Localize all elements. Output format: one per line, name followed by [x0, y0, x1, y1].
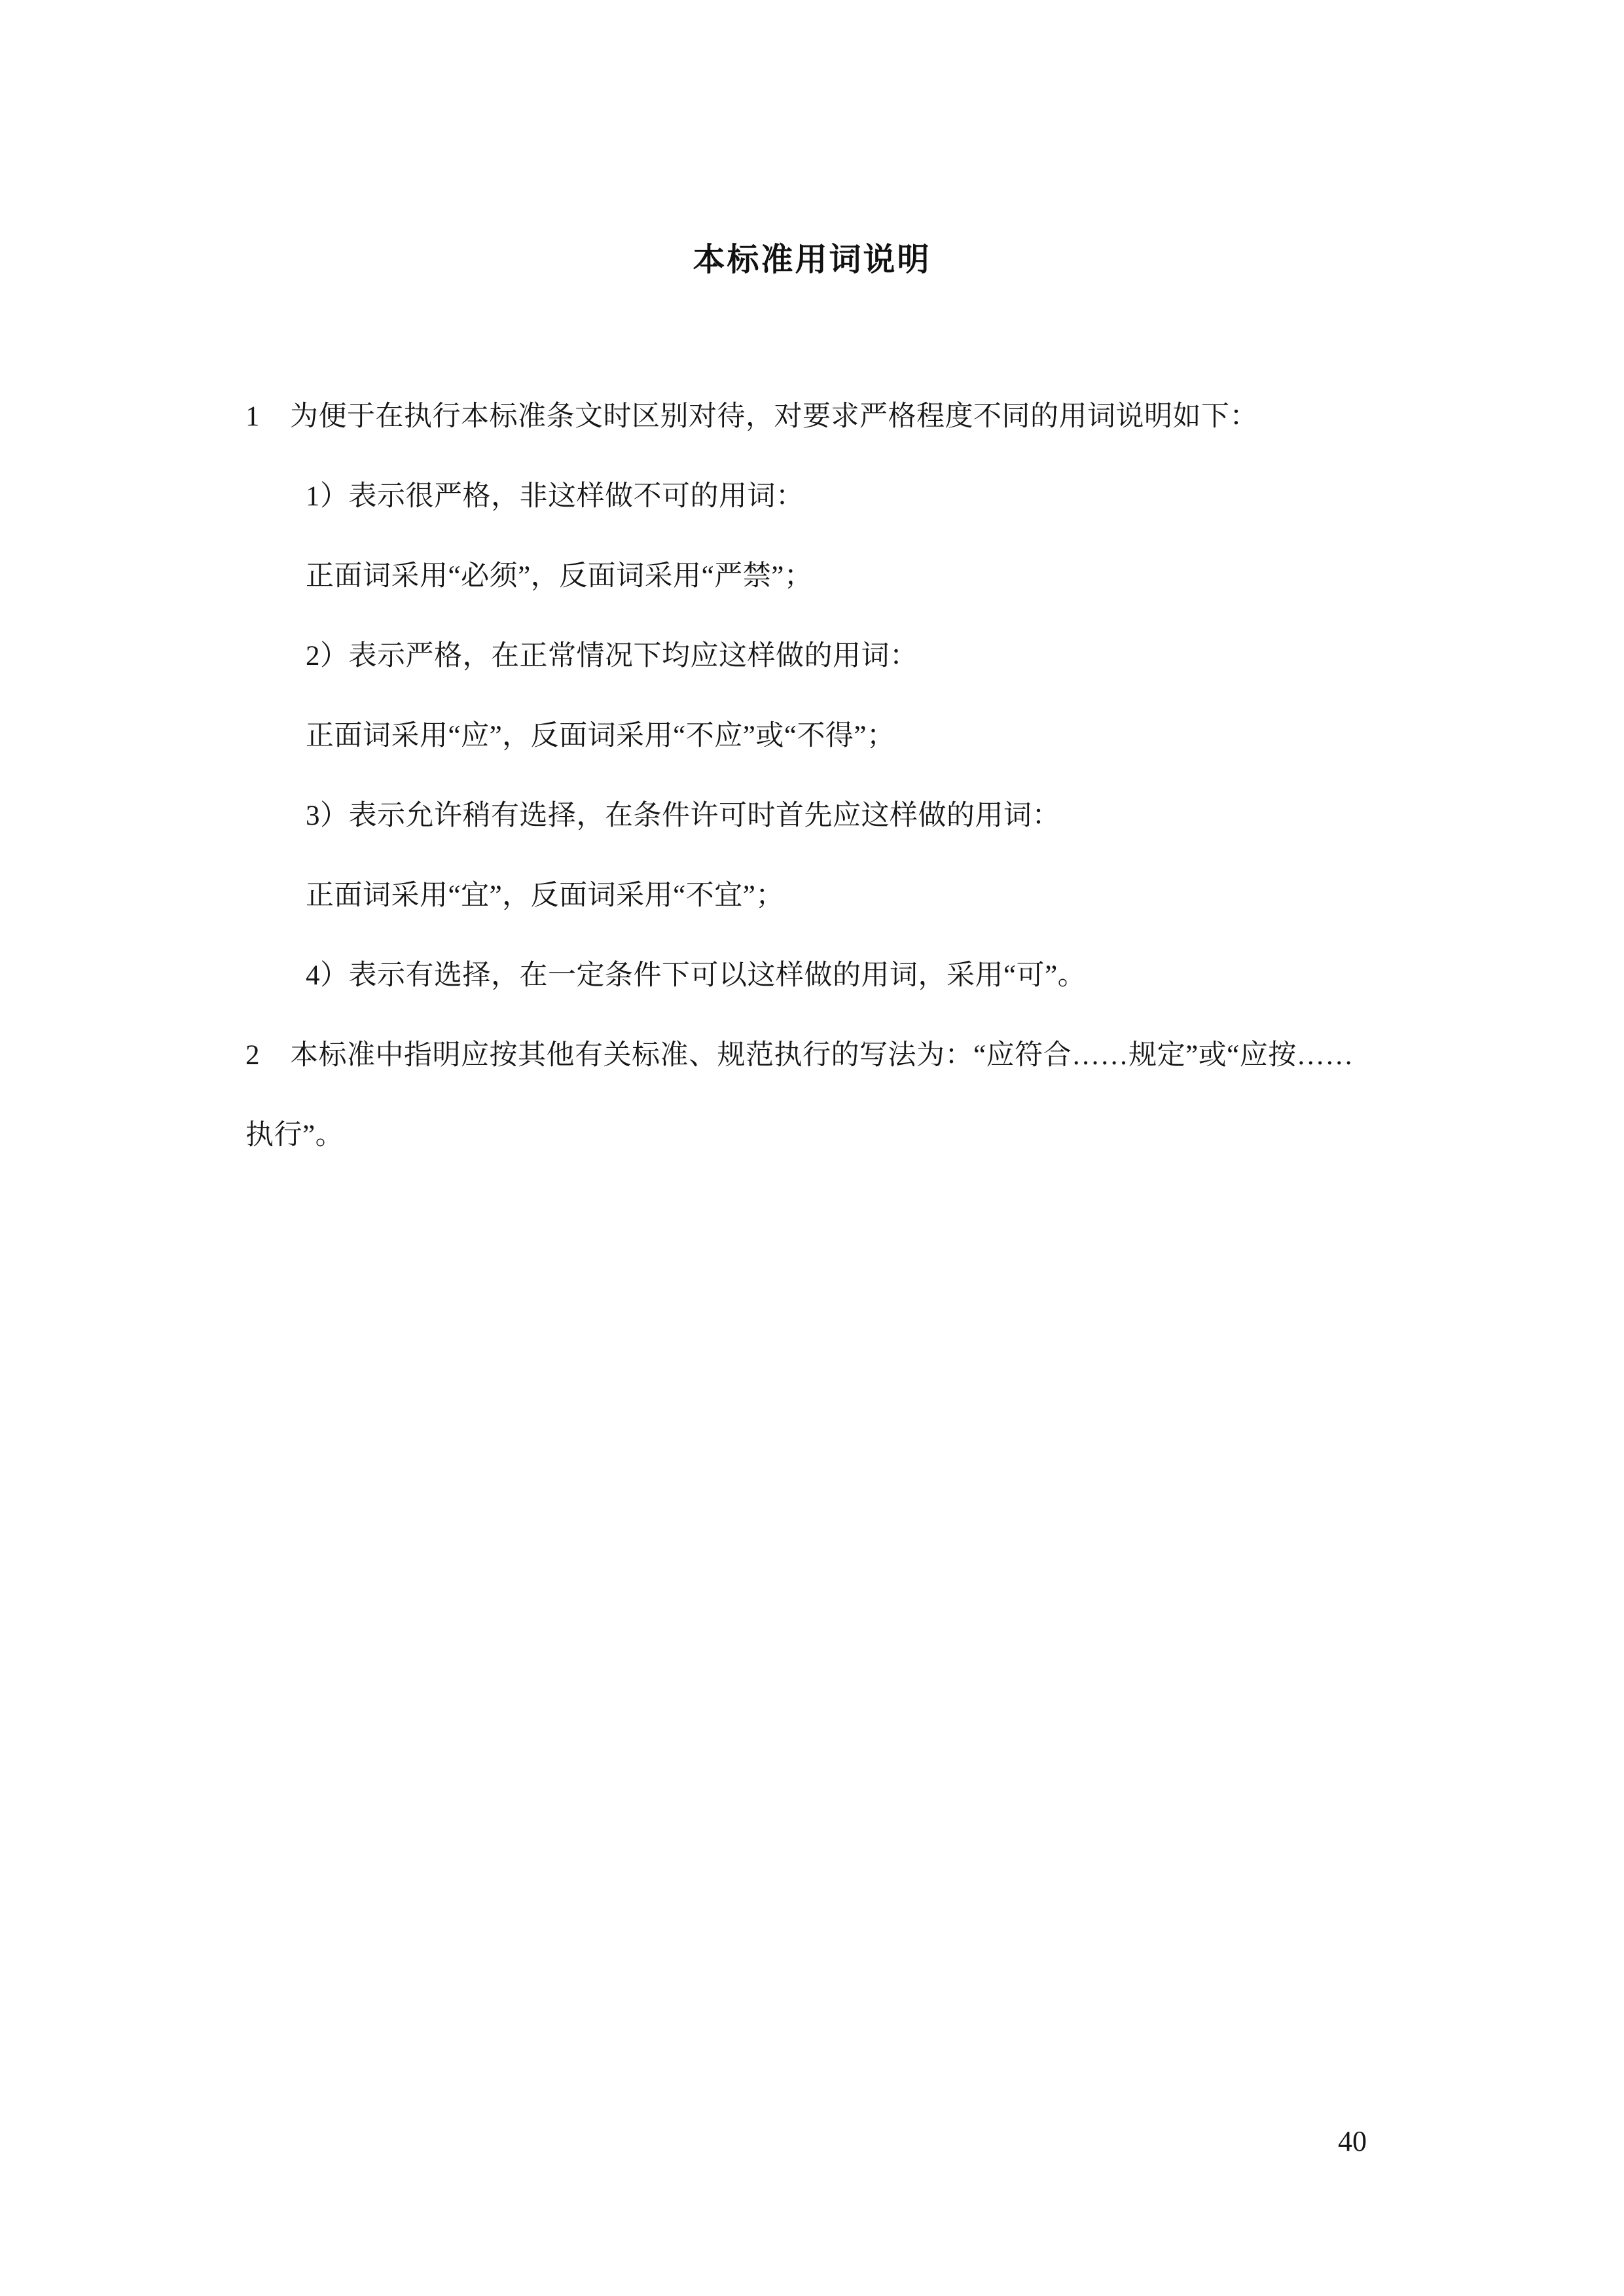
clause-1-subitem-6: 正面词采用“宜”，反面词采用“不宜”； [306, 856, 1407, 936]
clause-2-line-2: 执行”。 [245, 1096, 1407, 1175]
clause-1-subitem-7: 4）表示有选择，在一定条件下可以这样做的用词，采用“可”。 [306, 936, 1407, 1016]
clause-1-subitem-1: 1）表示很严格，非这样做不可的用词： [306, 457, 1407, 537]
clause-1-number: 1 [245, 377, 290, 457]
clause-2-text-line-1: 本标准中指明应按其他有关标准、规范执行的写法为：“应符合……规定”或“应按…… [290, 1040, 1354, 1071]
clause-1-subitem-2: 正面词采用“必须”，反面词采用“严禁”； [306, 537, 1407, 617]
clause-1-text: 为便于在执行本标准条文时区别对待，对要求严格程度不同的用词说明如下： [290, 401, 1258, 432]
clause-1-subitem-3: 2）表示严格，在正常情况下均应这样做的用词： [306, 617, 1407, 696]
clause-1: 1为便于在执行本标准条文时区别对待，对要求严格程度不同的用词说明如下： [245, 377, 1407, 457]
clause-2-line-1: 2本标准中指明应按其他有关标准、规范执行的写法为：“应符合……规定”或“应按…… [245, 1016, 1407, 1096]
page-title: 本标准用词说明 [0, 234, 1624, 280]
clause-2-number: 2 [245, 1016, 290, 1096]
page-number: 40 [1338, 2122, 1367, 2161]
clause-1-subitem-4: 正面词采用“应”，反面词采用“不应”或“不得”； [306, 696, 1407, 776]
clause-1-subitem-5: 3）表示允许稍有选择，在条件许可时首先应这样做的用词： [306, 776, 1407, 856]
document-page: 本标准用词说明 1为便于在执行本标准条文时区别对待，对要求严格程度不同的用词说明… [0, 0, 1624, 2296]
document-body: 1为便于在执行本标准条文时区别对待，对要求严格程度不同的用词说明如下： 1）表示… [245, 377, 1407, 1175]
